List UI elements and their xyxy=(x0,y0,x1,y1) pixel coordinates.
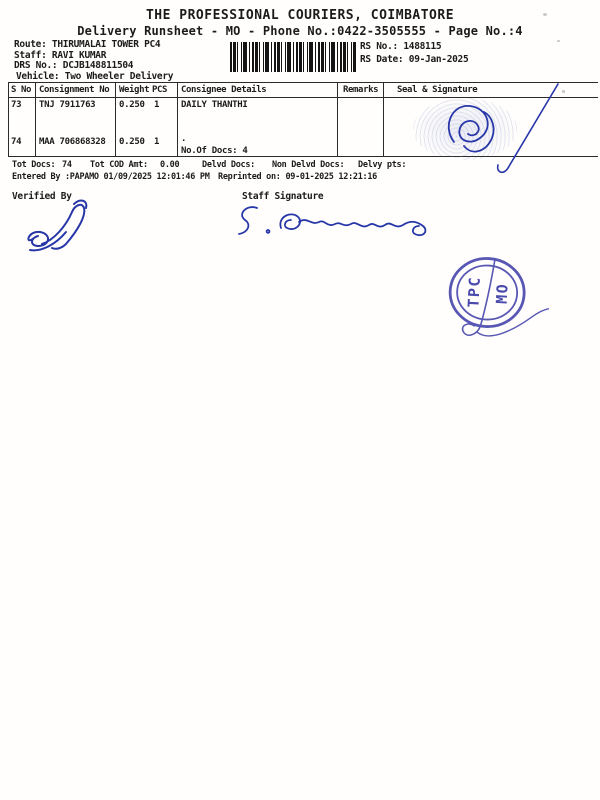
staff-signature-label: Staff Signature xyxy=(242,191,323,202)
company-title: THE PROFESSIONAL COURIERS, COIMBATORE xyxy=(0,8,600,23)
tot-cod-value: 0.00 xyxy=(160,160,179,170)
table-border-left xyxy=(8,82,9,157)
vehicle-line: Vehicle: Two Wheeler Delivery xyxy=(16,71,173,82)
col-header-consignee: Consignee Details xyxy=(181,85,266,95)
rs-no-line: RS No.: 1488115 xyxy=(360,41,441,52)
col-divider-remarks xyxy=(383,82,384,157)
route-line: Route: THIRUMALAI TOWER PC4 xyxy=(14,39,160,50)
col-divider-consignment xyxy=(115,82,116,157)
col-divider-sno xyxy=(35,82,36,157)
cell-pcs: 1 xyxy=(154,100,159,110)
cell-weight: 0.250 xyxy=(119,137,145,147)
staff-signature xyxy=(235,202,445,242)
col-header-consignment: Consignment No xyxy=(39,85,109,95)
delvy-pts-label: Delvy pts: xyxy=(358,160,406,170)
col-divider-weight xyxy=(177,82,178,157)
col-divider-consignee xyxy=(337,82,338,157)
scan-speck xyxy=(557,40,560,42)
scan-speck xyxy=(543,13,547,16)
svg-text:TPC: TPC xyxy=(464,276,484,308)
cell-docs-note: No.Of Docs: 4 xyxy=(181,146,248,156)
entered-by-line: Entered By :PAPAMO 01/09/2025 12:01:46 P… xyxy=(12,172,210,182)
tot-docs-value: 74 xyxy=(62,160,72,170)
cell-consignee: DAILY THANTHI xyxy=(181,100,248,110)
verified-by-signature xyxy=(22,196,117,254)
cell-sno: 74 xyxy=(11,137,21,147)
tot-cod-label: Tot COD Amt: xyxy=(90,160,148,170)
barcode-icon xyxy=(230,42,356,72)
cell-weight: 0.250 xyxy=(119,100,145,110)
rs-date-line: RS Date: 09-Jan-2025 xyxy=(360,54,468,65)
cell-pcs: 1 xyxy=(154,137,159,147)
seal-cell-signature xyxy=(408,80,586,175)
col-header-remarks: Remarks xyxy=(343,85,378,95)
delivery-runsheet-document: THE PROFESSIONAL COURIERS, COIMBATORE De… xyxy=(0,0,600,800)
runsheet-subtitle: Delivery Runsheet - MO - Phone No.:0422-… xyxy=(0,24,600,38)
non-delvd-docs-label: Non Delvd Docs: xyxy=(272,160,344,170)
cell-consignment: MAA 706868328 xyxy=(39,137,106,147)
svg-text:MO: MO xyxy=(493,282,512,304)
col-header-pcs: PCS xyxy=(152,85,167,95)
drs-no-line: DRS No.: DCJB148811504 xyxy=(14,60,133,71)
reprinted-on-line: Reprinted on: 09-01-2025 12:21:16 xyxy=(218,172,377,182)
cell-sno: 73 xyxy=(11,100,21,110)
cell-consignment: TNJ 7911763 xyxy=(39,100,95,110)
cell-consignee: . xyxy=(181,134,186,144)
courier-round-stamp-icon: TPC MO xyxy=(418,239,573,352)
scan-speck xyxy=(562,90,565,93)
tot-docs-label: Tot Docs: xyxy=(12,160,55,170)
delvd-docs-label: Delvd Docs: xyxy=(202,160,255,170)
col-header-weight: Weight xyxy=(119,85,149,95)
col-header-sno: S No xyxy=(11,85,31,95)
